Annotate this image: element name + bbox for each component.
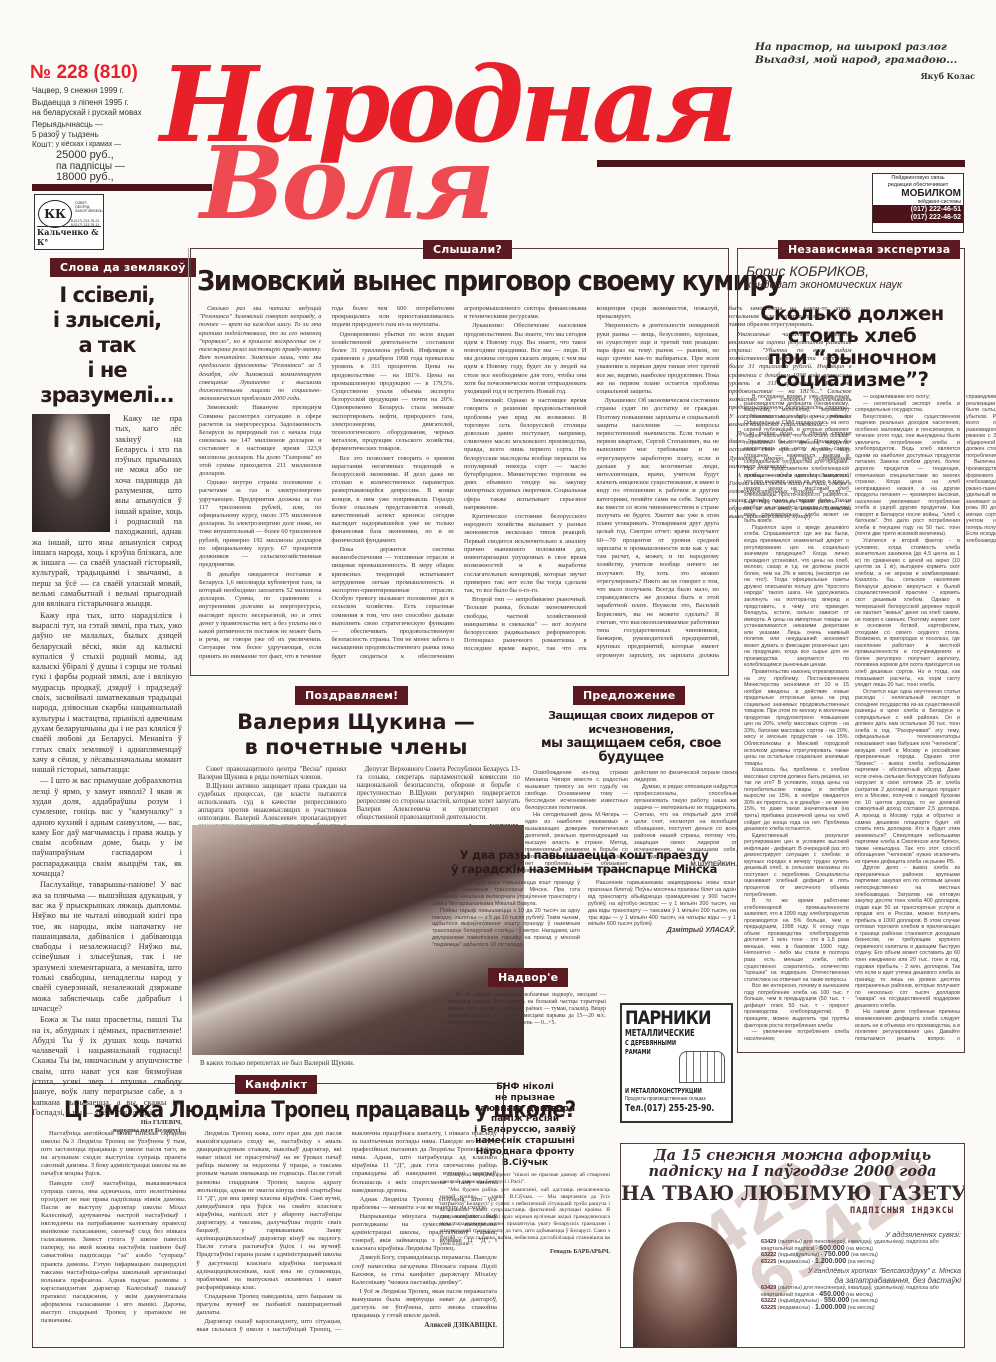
subscription-indexes-title: ПАДПІСНЫЯ ІНДЭКСЫ (844, 1206, 954, 1216)
headline-zemlyakou: І ссівелі, і злыселі, а так і не зразуме… (32, 283, 182, 408)
headline-transport: У два разы павышаецца кошт праезду ў гар… (432, 848, 736, 876)
greenhouse-drawing (679, 1051, 725, 1083)
article-transport: У два разы павышаецца кошт праезду ў гар… (432, 848, 736, 949)
subscription-headline: НА ТВАЮ ЛЮБІМУЮ ГАЗЕТУ! (621, 1183, 964, 1205)
kk-logo-ad: КК СОВЕТ. ОБОРУД.ЛАБОР. МЕБЕЛЬ 8-(017)-2… (34, 194, 104, 250)
subscription-deadline: Да 15 снежня можна аформіць падпіску на … (621, 1148, 964, 1180)
subscription-photo (633, 1222, 737, 1347)
continued-note: (Окончание на 2-й стр.) (966, 545, 996, 552)
article-tropets: Канфлікт Ці зможа Людміла Тропец працава… (32, 1083, 504, 1348)
article-bread: Независимая экспертиза Борис КОБРИКОВ, к… (737, 248, 965, 1053)
article-weather: Надвор'е 9—10 снежня захаваецца воблачна… (448, 968, 606, 1027)
title-line2: Воля (200, 128, 492, 238)
headline-bread: Сколько должен стоить хлеб при “рыночном… (738, 303, 966, 391)
masthead-rule-right (597, 160, 965, 167)
epigraph: На прастор, на шырокі разлог Выхадзі, мо… (755, 41, 975, 83)
rubric-bread: Независимая экспертиза (778, 240, 960, 259)
mobilcom-brand: МОБИЛКОМ (873, 188, 963, 199)
greenhouse-title: ПАРНИКИ (625, 1008, 713, 1028)
post-row: 63429 (льготны) для пенсіянераў, інвалід… (761, 1239, 961, 1252)
store-row: 63225 (ведамасны) - 1.000.000 (на месяц) (761, 1305, 961, 1312)
subscription-ad: 63429 63429 Да 15 снежня можна аформіць … (620, 1143, 965, 1348)
kk-caption: Кальченко & К° (37, 226, 101, 247)
article-leaders: Предложение Защищая своих лидеров от исч… (525, 686, 737, 875)
author-portrait (32, 414, 110, 532)
newspaper-title: Народная Воля (160, 60, 720, 230)
greenhouse-phone: Тел.(017) 255-25-90. (625, 1103, 702, 1115)
kk-monogram: КК (38, 200, 72, 228)
greenhouse-ad: ПАРНИКИ МЕТАЛЛИЧЕСКИЕ С ДЕРЕВЯННЫМИ РАМА… (620, 1003, 733, 1123)
article-zemlyakou: Слова да землякоў І ссівелі, і злыселі, … (32, 258, 182, 1135)
store-row: 63429 (льготны) для пенсіянераў, інвалід… (761, 1285, 961, 1298)
post-row: 63225 (ведамасны) - 1.200.000 (на месяц) (761, 1259, 961, 1266)
headline-zimovsky: Зимовский вынес приговор своему кумиру (197, 265, 680, 297)
column-divider (188, 248, 189, 1063)
headline-tropets: Ці зможа Людміла Тропец працаваць у школ… (64, 1098, 478, 1124)
headline-leaders: Защищая своих лидеров от исчезновения, м… (525, 709, 737, 765)
mobilcom-ad: Пейджинговую связьредакции обеспечивает … (872, 173, 964, 233)
rubric-weather: Надвор'е (488, 968, 568, 987)
rubric-zemlyakou: Слова да землякоў (50, 258, 196, 277)
headline-shchukin: Валерия Щукина — в почетные члены (192, 710, 520, 760)
rubric-tropets: Канфлікт (235, 1075, 317, 1094)
rubric-zimovsky: Слышали? (423, 240, 512, 259)
article-zimovsky: Слышали? Зимовский вынес приговор своему… (190, 248, 729, 676)
bread-author: Борис КОБРИКОВ, кандидат экономических н… (746, 263, 902, 291)
shchukin-photo-caption: В каких только переплетах не был Валерий… (200, 1059, 354, 1067)
article-shchukin: Поздравляем! Валерия Щукина — в почетные… (192, 686, 520, 848)
rubric-shchukin: Поздравляем! (295, 686, 408, 705)
rubric-leaders: Предложение (573, 686, 685, 705)
